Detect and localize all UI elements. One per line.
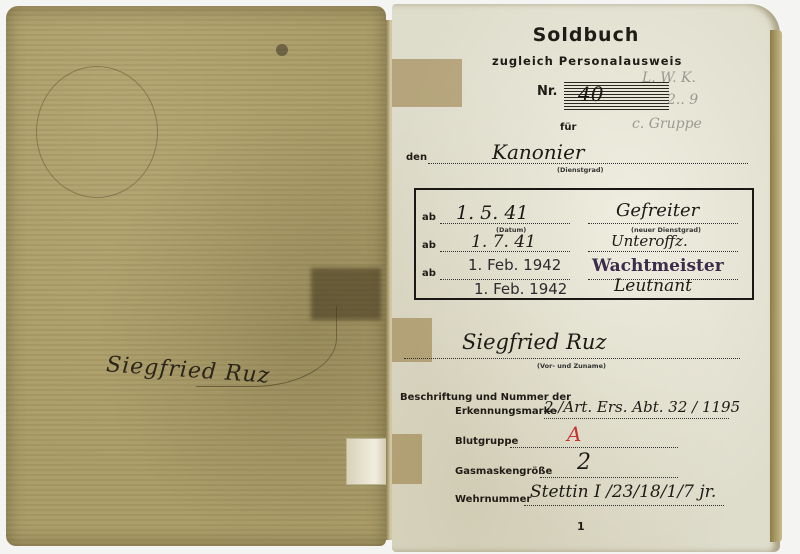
pencil-note: 2.. 9: [667, 92, 698, 108]
faded-stamp-circle: [36, 66, 158, 198]
soldbuch-back-cover: Siegfried Ruz: [6, 6, 386, 546]
name-line: [404, 358, 740, 359]
rank-caption: (Dienstgrad): [557, 166, 603, 174]
pencil-note: c. Gruppe: [632, 116, 702, 132]
page-number: 1: [577, 520, 585, 533]
number-label: Nr.: [537, 84, 557, 99]
ab-label: ab: [422, 268, 436, 279]
tag-value: 2./Art. Ers. Abt. 32 / 1195: [544, 398, 740, 416]
wehr-line: [524, 505, 724, 506]
name-caption: (Vor- und Zuname): [537, 362, 606, 370]
stamped-rank: Wachtmeister: [592, 256, 724, 276]
fuer-label: für: [560, 122, 576, 133]
promotion-date: 1. 7. 41: [471, 232, 536, 252]
tag-label-line2: Erkennungsmarke: [455, 406, 557, 417]
blood-line: [510, 447, 678, 448]
tape-stain: [392, 59, 462, 107]
tape-piece: [346, 438, 388, 485]
tape-stain: [392, 434, 422, 484]
ab-label: ab: [422, 212, 436, 223]
promotion-rank: Unteroffz.: [611, 232, 688, 250]
soldbuch-page-1: Soldbuch zugleich Personalausweis Nr. 40…: [392, 4, 780, 552]
rank-line: [588, 223, 738, 224]
wehr-value: Stettin I /23/18/1/7 jr.: [530, 482, 716, 502]
rank-line: [428, 163, 748, 164]
promotion-date: 1. 5. 41: [456, 202, 529, 224]
promotions-box: ab 1. 5. 41 Gefreiter (Datum) (neuer Die…: [414, 188, 754, 300]
rank-value: Kanonier: [492, 140, 584, 164]
number-value: 40: [578, 82, 603, 106]
stamped-date: 1. Feb. 1942: [474, 280, 567, 298]
promotion-rank: Leutnant: [614, 276, 692, 296]
ab-label: ab: [422, 240, 436, 251]
wehr-label: Wehrnummer: [455, 494, 531, 505]
gasmask-line: [540, 477, 678, 478]
tag-line: [544, 418, 729, 419]
pencil-note: L. W. K.: [642, 70, 696, 86]
page-subtitle: zugleich Personalausweis: [492, 54, 762, 68]
den-label: den: [406, 152, 427, 163]
cover-spot: [276, 44, 288, 56]
page-edge: [770, 30, 782, 542]
rank-line: [588, 251, 738, 252]
blood-value: A: [567, 422, 581, 446]
gasmask-value: 2: [577, 450, 591, 475]
gasmask-label: Gasmaskengröße: [455, 466, 552, 477]
promotion-rank: Gefreiter: [616, 200, 699, 221]
blood-label: Blutgruppe: [455, 436, 518, 447]
name-value: Siegfried Ruz: [462, 330, 606, 354]
page-title: Soldbuch: [392, 24, 780, 46]
glue-stain: [311, 268, 381, 320]
tape-stain: [392, 318, 432, 362]
stamped-date: 1. Feb. 1942: [468, 256, 561, 274]
